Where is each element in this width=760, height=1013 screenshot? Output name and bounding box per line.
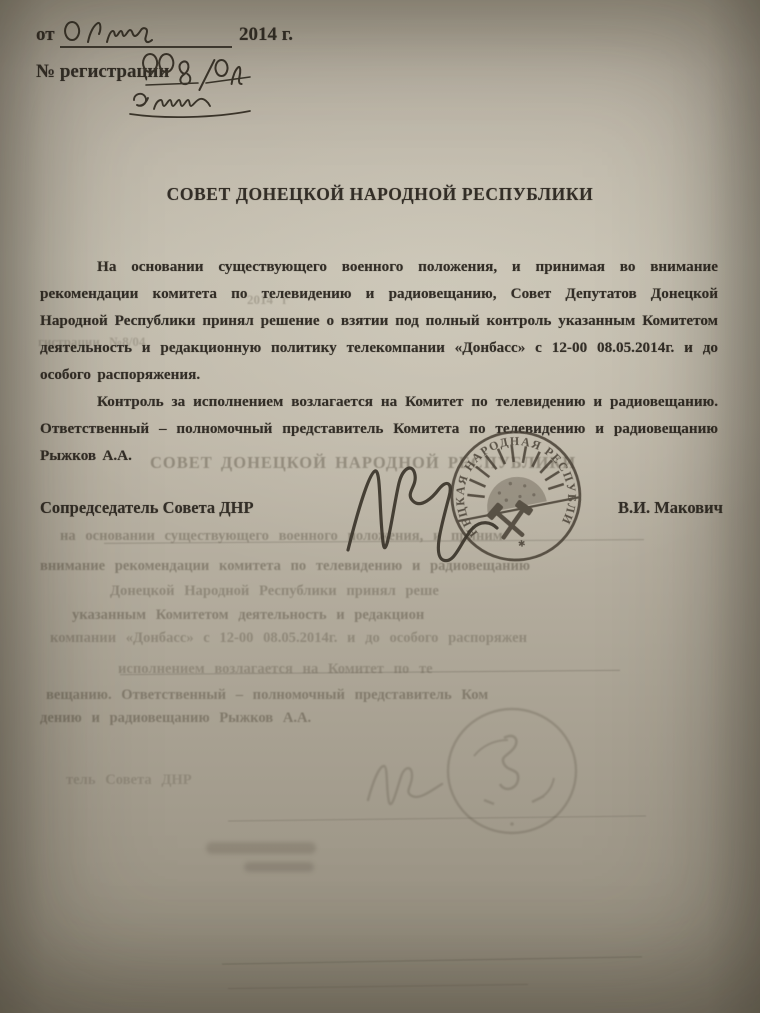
ghost-line: указанным Комитетом деятельность и редак… bbox=[72, 607, 424, 624]
signatory-title: Сопредседатель Совета ДНР bbox=[40, 498, 254, 518]
signature-stroke bbox=[340, 448, 535, 583]
ghost-rule bbox=[228, 984, 528, 990]
date-prefix: от bbox=[36, 24, 55, 46]
date-year: 2014 г. bbox=[239, 24, 293, 46]
ghost-line: компании «Донбасс» с 12-00 08.05.2014г. … bbox=[50, 630, 527, 647]
ghost-line: дению и радиовещанию Рыжков А.А. bbox=[40, 710, 311, 727]
ghost-smudge bbox=[244, 862, 314, 872]
ghost-line: Донецкой Народной Республики принял реше bbox=[110, 583, 439, 600]
handwritten-flourish bbox=[124, 84, 258, 120]
ghost-line: вещанию. Ответственный – полномочный пре… bbox=[46, 687, 488, 704]
ghost-rule bbox=[228, 815, 646, 821]
ghost-line: тель Совета ДНР bbox=[66, 772, 192, 789]
document-title: СОВЕТ ДОНЕЦКОЙ НАРОДНОЙ РЕСПУБЛИКИ bbox=[0, 184, 760, 205]
ghost-smudge bbox=[206, 842, 316, 854]
document-photo: 2014 г гистрации №8/04 СОВЕТ ДОНЕЦКОЙ НА… bbox=[0, 0, 760, 1013]
handwritten-date bbox=[64, 14, 224, 54]
ghost-signature-stroke bbox=[362, 752, 472, 814]
ghost-rule bbox=[222, 956, 642, 965]
paragraph-1: На основании существующего военного поло… bbox=[40, 253, 718, 388]
ghost-line: исполнением возлагается на Комитет по те bbox=[118, 661, 433, 678]
signatory-name: В.И. Макович bbox=[618, 498, 723, 518]
